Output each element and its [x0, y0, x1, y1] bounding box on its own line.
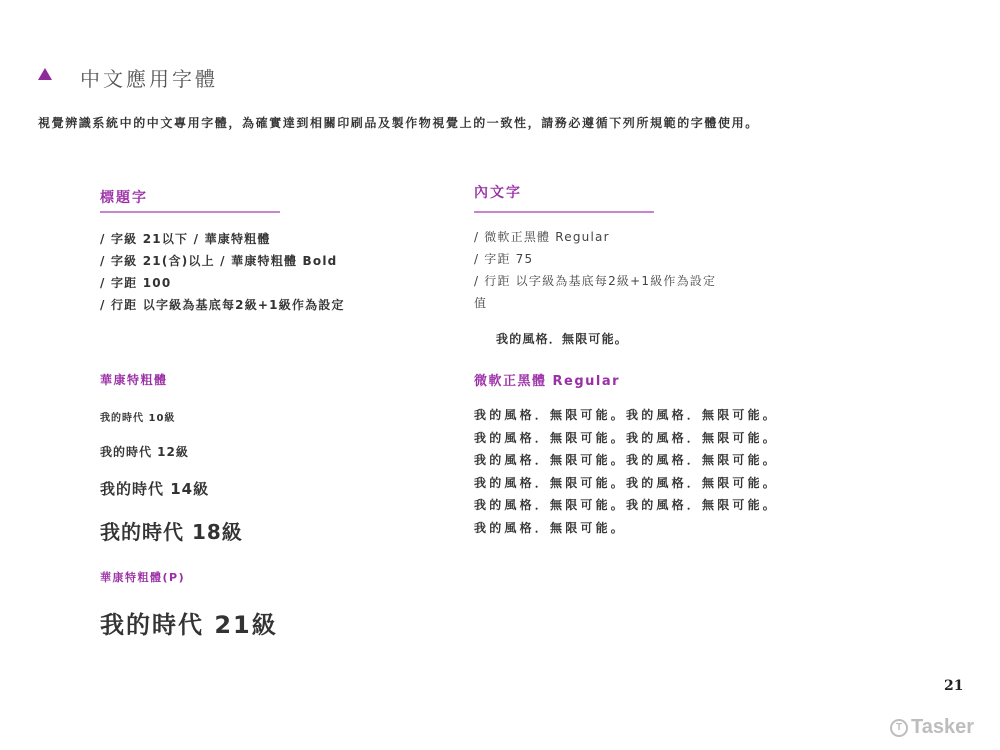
page-title: 中文應用字體: [80, 63, 218, 92]
watermark-text: Tasker: [911, 716, 974, 739]
title-font-specs: / 字級 21以下 / 華康特粗體 / 字級 21(含)以上 / 華康特粗體 B…: [100, 228, 345, 316]
sample-18: 我的時代 18級: [100, 516, 243, 545]
sample-12: 我的時代 12級: [100, 443, 189, 460]
spec-line: / 字距 75: [474, 248, 716, 270]
body-sample-line: 我的風格．無限可能。: [496, 328, 628, 350]
spec-line: / 字級 21(含)以上 / 華康特粗體 Bold: [100, 250, 345, 272]
spec-line: / 字級 21以下 / 華康特粗體: [100, 228, 345, 250]
font-label-bold: 華康特粗體: [100, 371, 168, 388]
spec-line: / 微軟正黑體 Regular: [474, 226, 716, 248]
intro-text: 視覺辨識系統中的中文專用字體，為確實達到相關印刷品及製作物視覺上的一致性，請務必…: [38, 114, 759, 131]
page-number: 21: [944, 678, 963, 694]
sample-10: 我的時代 10級: [100, 409, 175, 424]
spec-line: 值: [474, 292, 716, 314]
font-label-regular: 微軟正黑體 Regular: [474, 370, 620, 389]
heading-title-font: 標題字: [100, 187, 148, 207]
body-font-specs: / 微軟正黑體 Regular / 字距 75 / 行距 以字級為基底每2級+1…: [474, 226, 716, 314]
body-sample-paragraph: 我的風格．無限可能。我的風格．無限可能。我的風格．無限可能。我的風格．無限可能。…: [474, 404, 786, 539]
triangle-bullet-icon: [38, 68, 52, 80]
watermark: T Tasker: [890, 716, 974, 739]
heading-underline: [100, 211, 280, 213]
sample-21: 我的時代 21級: [100, 605, 278, 640]
spec-line: / 行距 以字級為基底每2級+1級作為設定: [474, 270, 716, 292]
spec-line: / 字距 100: [100, 272, 345, 294]
sample-14: 我的時代 14級: [100, 478, 209, 499]
tasker-logo-icon: T: [890, 719, 908, 737]
heading-body-font: 內文字: [474, 182, 522, 202]
spec-line: / 行距 以字級為基底每2級+1級作為設定: [100, 294, 345, 316]
heading-underline: [474, 211, 654, 213]
font-label-bold-p: 華康特粗體(P): [100, 569, 185, 585]
